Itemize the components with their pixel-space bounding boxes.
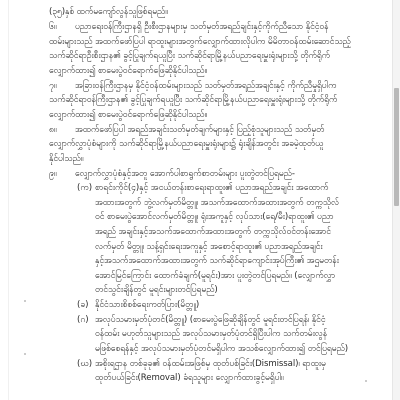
doc-line: အထားအတွက် ဘွဲ့လက်မှတ်မိတ္တူ၊ အသက်အထောက်အ… <box>95 196 375 210</box>
clause-number: ၈။ <box>49 123 57 137</box>
doc-line: လက်မှတ် မိတ္တူ၊ သန့်ရှင်းရေးအကူနှင့် အစေ… <box>95 240 375 254</box>
doc-line: သက်ဆိုင်ရာဝန်ကြီးဌာန၏ ခွင့်ပြုချက်ရယူပြီ… <box>49 93 375 107</box>
doc-line: တင်သွင်းချိန်တွင် မူရင်းများတင်ပြရမည်) <box>95 283 375 297</box>
doc-line: နိုင်ငံသားစိစစ်ရေးကတ်ပြား(မိတ္တူ) <box>95 298 375 312</box>
scrollbar-thumb[interactable] <box>394 88 399 206</box>
doc-line: သက်ဆိုင်ရာဦးစီးဌာန၏ ခွင့်ပြုချက်ရယူပြီး … <box>49 49 375 63</box>
doc-line: လျှောက်လွှာပုံစံနှင့်အတူ အောက်ပါစာရွက်စာ… <box>75 167 375 181</box>
doc-line: ပညာရေးဝန်ကြီးဌာနရှိ ဦးစီးဌာနများမှ သတ်မှ… <box>75 20 375 34</box>
doc-line: လျှောက်လွှာပုံစံများကို သက်ဆိုင်ရာမြို့န… <box>49 137 375 151</box>
doc-line: လျှောက်ထား၍ စာမေးပွဲဝင်ရောက်ဖြေဆိုနိုင်ပ… <box>49 64 375 78</box>
doc-line: နှင့်အသက်အထောက်အထားအတွက် သက်ဆိုင်ရာကျောင… <box>95 254 375 268</box>
doc-line: အလုပ်သမားမှတ်ပုံတင်(မိတ္တူ) (စာမေးပွဲဖြေ… <box>95 313 375 327</box>
scan-artifact <box>24 300 26 302</box>
doc-line: စာရင်းကိုင်(၄)နှင့် အငယ်တန်းစာရေးရာထူး၏ … <box>95 181 375 195</box>
doc-line: ဝန်ထမ်း မဟုတ်သူများသည် အလုပ်သမားမှတ်ပုံတ… <box>95 327 375 341</box>
sub-clause-marker: (ဂ) <box>77 313 89 327</box>
clause-number: ၉။ <box>49 167 56 181</box>
sub-clause-marker: (ခ) <box>77 298 89 312</box>
doc-line: (၃၅)နှစ် ထက်မကျော်လွန်သူဖြစ်ရမည်။ <box>49 5 349 19</box>
scan-artifact <box>365 380 367 382</box>
doc-line: အရည် အချင်းနှင့်အသက်အထောက်အထားအတွက် တက္က… <box>95 225 375 239</box>
sub-clause-marker: (ဃ) <box>77 357 92 371</box>
doc-line: အထက်ဖော်ပြပါ အရည်အချင်းသတ်မှတ်ချက်များနှ… <box>75 123 375 137</box>
clause-number: ၇။ <box>49 79 56 93</box>
doc-line: ထမ်းများသည် အထက်ဖော်ပြပါ ရာထူးများအတွက်လ… <box>49 35 375 49</box>
document-page: (၃၅)နှစ် ထက်မကျော်လွန်သူဖြစ်ရမည်။ ၆။ ပညာ… <box>8 0 394 400</box>
doc-line: လျှောက်ထား၍ စာမေးပွဲဝင်ရောက်ဖြေဆိုနိုင်ပ… <box>49 108 375 122</box>
vertical-scrollbar[interactable] <box>392 0 400 400</box>
doc-line: အစိုးရဌာန တစ်ခုခု၏ ဝန်ထမ်းအဖြစ်မှ ထုတ်ပစ… <box>95 357 375 371</box>
doc-line: အခြားဝန်ကြီးဌာနမှ နိုင်ငံ့ဝန်ထမ်းများသည်… <box>75 79 375 93</box>
scan-artifact <box>24 353 26 355</box>
sub-clause-marker: (က) <box>77 181 92 195</box>
clause-number: ၆။ <box>49 20 56 34</box>
doc-line: ထုတ်ပယ်ခြင်း(Removal) ခံရသူများ လျှောက်ထ… <box>95 371 375 385</box>
doc-line: နိုင်ပါသည်။ <box>49 152 375 166</box>
doc-line: အောင်မြင်ကြောင်း ထောက်ခံချက်(မူရင်း)အား … <box>95 269 375 283</box>
doc-line: မဖြစ်စေရန်နှင့် အလုပ်သမားမှတ်ပုံတင်မရှိပ… <box>95 342 375 356</box>
doc-line: ဝင် စာမေးပွဲအောင်လက်မှတ်မိတ္တူ၊ ရုံးအကူန… <box>95 210 375 224</box>
